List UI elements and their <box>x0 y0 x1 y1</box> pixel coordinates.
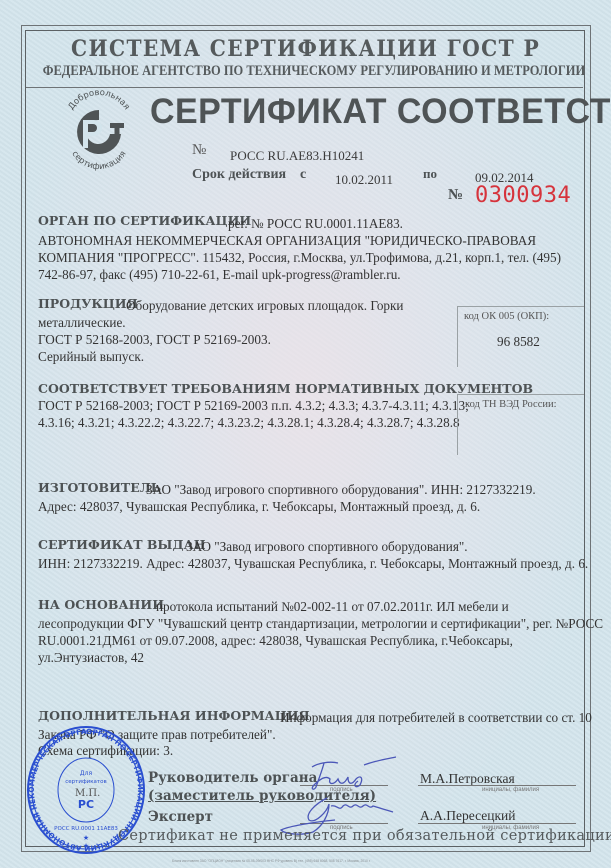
tnved-code-label: код ТН ВЭД России: <box>465 399 557 410</box>
header-divider <box>26 87 583 88</box>
product-line: Серийный выпуск. <box>38 348 144 365</box>
certification-body-heading: ОРГАН ПО СЕРТИФИКАЦИИ <box>38 213 251 228</box>
validity-from-label: с <box>300 167 306 183</box>
product-line: металлические. <box>38 314 126 331</box>
number-sign: № <box>192 142 206 159</box>
name-caption: инициалы, фамилия <box>482 787 539 793</box>
conformity-line: ГОСТ Р 52168-2003; ГОСТ Р 52169-2003 п.п… <box>38 397 469 414</box>
okp-code-label: код ОК 005 (ОКП): <box>464 311 549 322</box>
product-description: Оборудование детских игровых площадок. Г… <box>126 297 403 314</box>
svg-text:Для: Для <box>80 770 93 777</box>
footer-note: Сертификат не применяется при обязательн… <box>118 828 611 844</box>
okp-code-value: 96 8582 <box>497 333 540 350</box>
manufacturer-address: Адрес: 428037, Чувашская Республика, г. … <box>38 498 480 515</box>
certification-body-line: 742-86-97, факс (495) 710-22-61, E-mail … <box>38 266 401 283</box>
product-heading: ПРОДУКЦИЯ <box>38 296 138 311</box>
basis-line: RU.0001.21ДМ61 от 09.07.2008, адрес: 428… <box>38 632 513 649</box>
product-line: ГОСТ Р 52168-2003, ГОСТ Р 52169-2003. <box>38 331 271 348</box>
basis-heading: НА ОСНОВАНИИ <box>38 597 164 612</box>
issued-to-heading: СЕРТИФИКАТ ВЫДАН <box>38 537 206 552</box>
validity-to-label: по <box>423 166 437 182</box>
expert-name-line <box>418 823 576 824</box>
agency-title: ФЕДЕРАЛЬНОЕ АГЕНТСТВО ПО ТЕХНИЧЕСКОМУ РЕ… <box>43 63 568 80</box>
conformity-line: 4.3.16; 4.3.21; 4.3.22.2; 4.3.22.7; 4.3.… <box>38 414 460 431</box>
expert-label: Эксперт <box>148 809 213 825</box>
basis-line: лесопродукции ФГУ "Чувашский центр станд… <box>38 615 603 632</box>
manufacturer-heading: ИЗГОТОВИТЕЛЬ <box>38 480 161 495</box>
issued-to-name: ЗАО "Завод игрового спортивного оборудов… <box>186 538 468 555</box>
certificate-title: СЕРТИФИКАТ СООТВЕТСТВИЯ <box>150 92 611 132</box>
basis-line: ул.Энтузиастов, 42 <box>38 649 144 666</box>
issued-to-address: ИНН: 2127332219. Адрес: 428037, Чувашска… <box>38 555 588 572</box>
certificate-number: РОСС RU.AE83.H10241 <box>230 148 364 164</box>
svg-text:Добровольная: Добровольная <box>67 90 132 112</box>
head-name-line <box>418 785 576 786</box>
head-signature-icon <box>290 755 410 795</box>
blank-serial-number: 0300934 <box>475 183 571 208</box>
svg-text:сертификатов: сертификатов <box>65 779 106 785</box>
expert-name: А.А.Пересецкий <box>420 808 515 824</box>
svg-text:★: ★ <box>83 842 89 850</box>
validity-label: Срок действия <box>192 167 286 183</box>
certification-system-title: СИСТЕМА СЕРТИФИКАЦИИ ГОСТ Р <box>24 36 586 62</box>
certification-body-line: АВТОНОМНАЯ НЕКОММЕРЧЕСКАЯ ОРГАНИЗАЦИЯ "Ю… <box>38 232 536 249</box>
rst-voluntary-certification-logo-icon: Добровольная сертификация <box>58 90 140 172</box>
svg-text:★: ★ <box>83 834 89 842</box>
additional-info-text: Информация для потребителей в соответств… <box>280 709 592 726</box>
certification-body-line: КОМПАНИЯ "ПРОГРЕСС". 115432, Россия, г.М… <box>38 249 561 266</box>
blank-number-sign: № <box>448 187 463 204</box>
svg-text:РОСС RU.0001 11AE83: РОСС RU.0001 11AE83 <box>54 826 118 832</box>
valid-from-date: 10.02.2011 <box>335 172 393 188</box>
basis-protocol: протокола испытаний №02-002-11 от 07.02.… <box>156 598 509 615</box>
additional-info-heading: ДОПОЛНИТЕЛЬНАЯ ИНФОРМАЦИЯ <box>38 708 310 723</box>
form-imprint: Бланк изготовлен ЗАО "ОПЦИОН" (лицензия … <box>172 859 370 863</box>
certification-body-reg: рег. № РОСС RU.0001.11AE83. <box>228 215 403 232</box>
svg-text:РС: РС <box>78 798 94 811</box>
manufacturer-name: ЗАО "Завод игрового спортивного оборудов… <box>146 481 536 498</box>
